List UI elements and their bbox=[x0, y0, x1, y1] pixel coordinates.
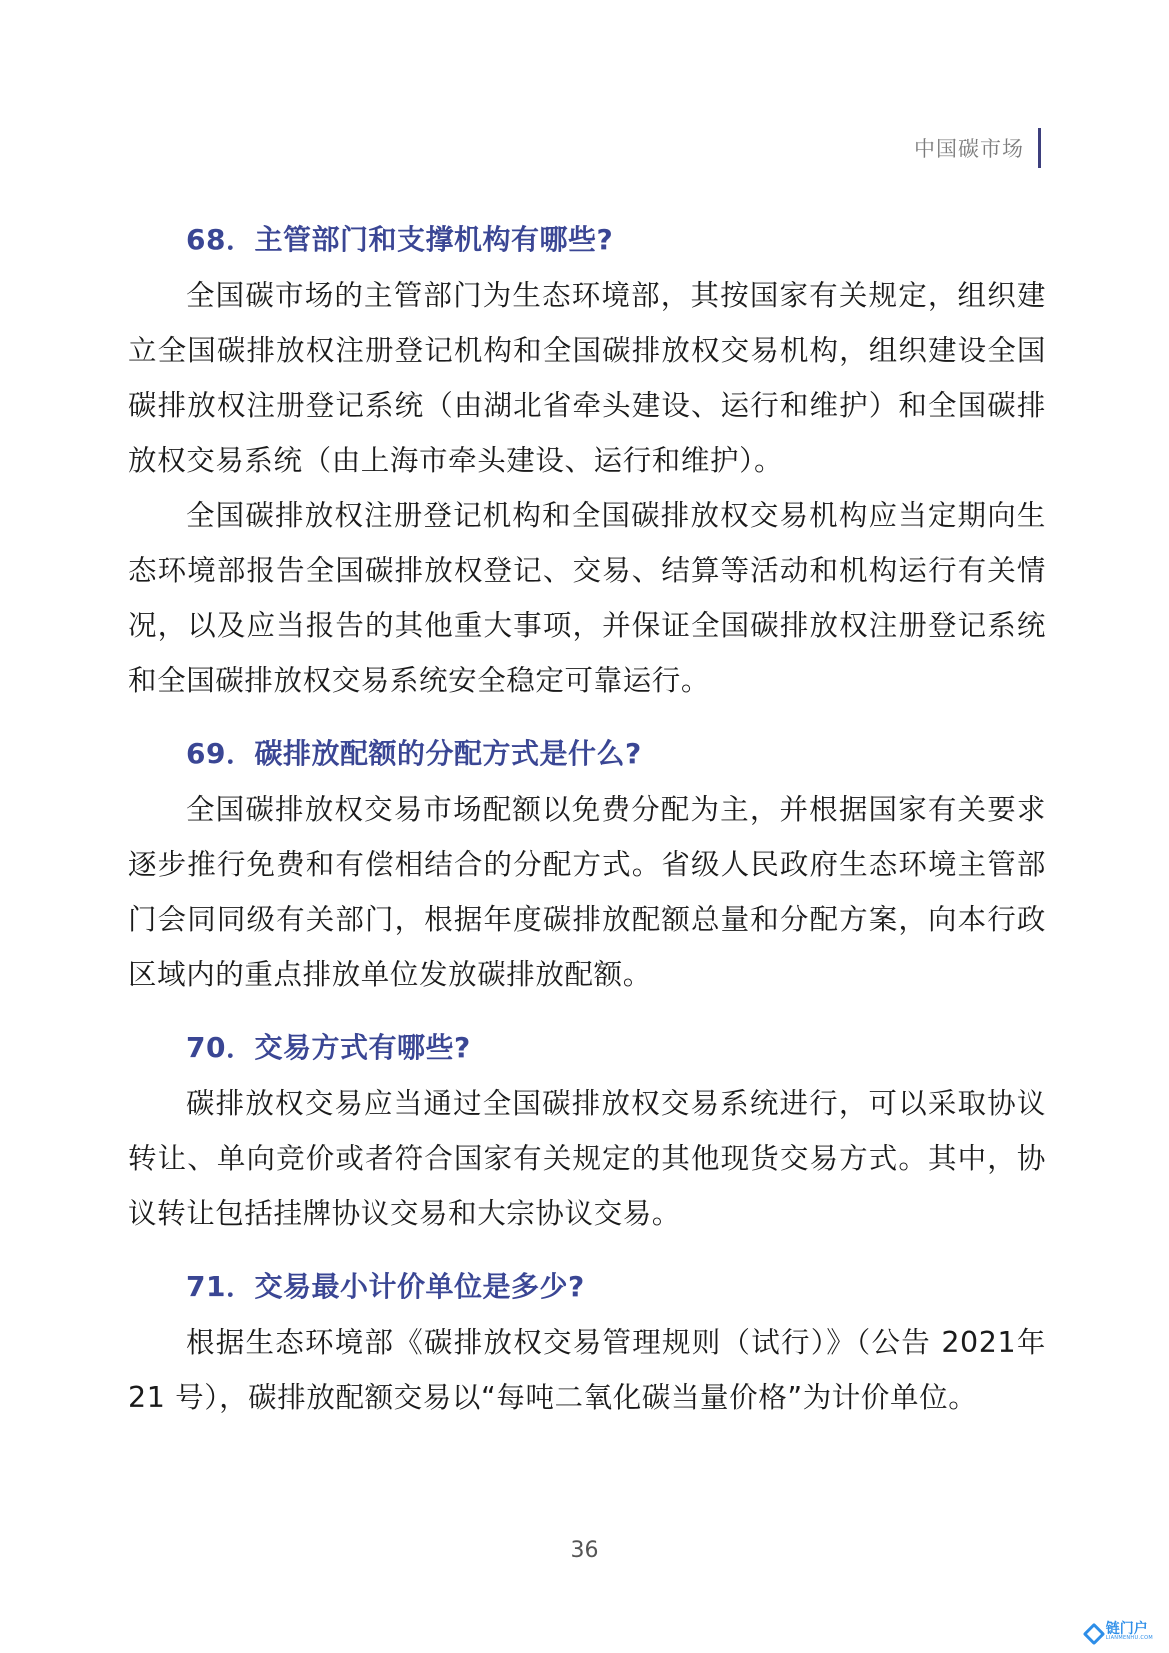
watermark-logo: 链门户 LIANMENHU.COM bbox=[1084, 1622, 1153, 1641]
section-69: 69．碳排放配额的分配方式是什么? 全国碳排放权交易市场配额以免费分配为主，并根… bbox=[128, 726, 1046, 1002]
running-title: 中国碳市场 bbox=[914, 133, 1024, 163]
section-title: 71．交易最小计价单位是多少? bbox=[186, 1259, 1046, 1315]
paragraph: 根据生态环境部《碳排放权交易管理规则（试行）》（公告 2021年 21 号），碳… bbox=[128, 1315, 1046, 1425]
paragraph: 全国碳排放权交易市场配额以免费分配为主，并根据国家有关要求逐步推行免费和有偿相结… bbox=[128, 782, 1046, 1002]
section-68: 68．主管部门和支撑机构有哪些? 全国碳市场的主管部门为生态环境部，其按国家有关… bbox=[128, 212, 1046, 708]
section-title: 70．交易方式有哪些? bbox=[186, 1020, 1046, 1076]
watermark-name: 链门户 bbox=[1106, 1622, 1153, 1636]
page-body: 68．主管部门和支撑机构有哪些? 全国碳市场的主管部门为生态环境部，其按国家有关… bbox=[128, 212, 1046, 1443]
header-divider-bar bbox=[1038, 128, 1041, 168]
section-title: 68．主管部门和支撑机构有哪些? bbox=[186, 212, 1046, 268]
watermark-subtitle: LIANMENHU.COM bbox=[1106, 1636, 1153, 1641]
paragraph: 全国碳排放权注册登记机构和全国碳排放权交易机构应当定期向生态环境部报告全国碳排放… bbox=[128, 488, 1046, 708]
running-header: 中国碳市场 bbox=[914, 128, 1041, 168]
paragraph: 全国碳市场的主管部门为生态环境部，其按国家有关规定，组织建立全国碳排放权注册登记… bbox=[128, 268, 1046, 488]
section-71: 71．交易最小计价单位是多少? 根据生态环境部《碳排放权交易管理规则（试行）》（… bbox=[128, 1259, 1046, 1425]
section-70: 70．交易方式有哪些? 碳排放权交易应当通过全国碳排放权交易系统进行，可以采取协… bbox=[128, 1020, 1046, 1241]
page-number: 36 bbox=[0, 1538, 1169, 1563]
diamond-logo-icon bbox=[1084, 1623, 1102, 1641]
paragraph: 碳排放权交易应当通过全国碳排放权交易系统进行，可以采取协议转让、单向竞价或者符合… bbox=[128, 1076, 1046, 1241]
section-title: 69．碳排放配额的分配方式是什么? bbox=[186, 726, 1046, 782]
